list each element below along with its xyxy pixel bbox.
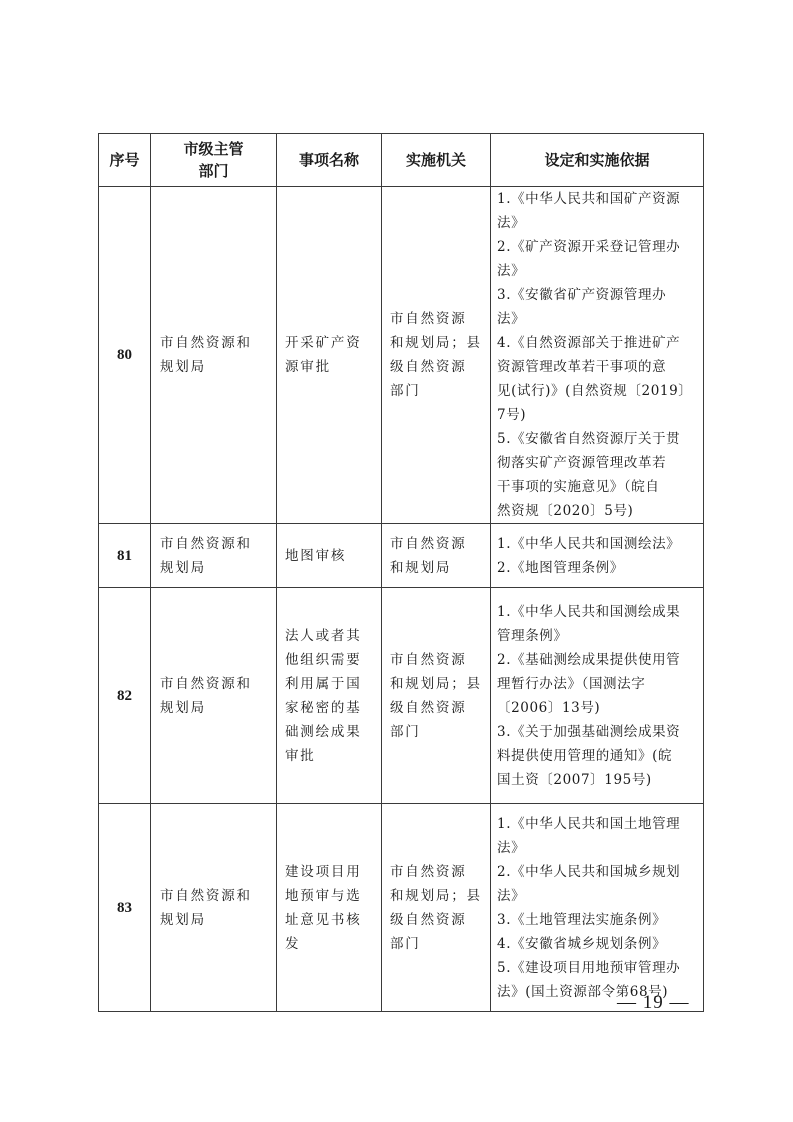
text-line: 市自然资源和: [160, 331, 276, 355]
basis-line: 法》: [497, 307, 699, 331]
table-header-row: 序号 市级主管 部门 事项名称 实施机关 设定和实施依据: [99, 134, 704, 187]
row-department: 市自然资源和 规划局: [151, 804, 277, 1012]
header-department: 市级主管 部门: [151, 134, 277, 187]
text-line: 源审批: [285, 355, 381, 379]
text-line: 市自然资源: [390, 532, 490, 556]
text-line: 部门: [390, 379, 490, 403]
row-item-name: 建设项目用 地预审与选 址意见书核 发: [277, 804, 382, 1012]
row-legal-basis: 1.《中华人民共和国测绘成果 管理条例》 2.《基础测绘成果提供使用管 理暂行办…: [491, 588, 704, 804]
header-serial-number: 序号: [99, 134, 151, 187]
basis-line: 理暂行办法》（国测法字: [497, 672, 699, 696]
row-serial-number: 82: [99, 588, 151, 804]
header-legal-basis: 设定和实施依据: [491, 134, 704, 187]
text-line: 建设项目用: [285, 860, 381, 884]
text-line: 市自然资源: [390, 648, 490, 672]
text-line: 规划局: [160, 696, 276, 720]
row-implementing-agency: 市自然资源 和规划局；县 级自然资源 部门: [382, 588, 491, 804]
text-line: 利用属于国: [285, 672, 381, 696]
header-department-line1: 市级主管: [151, 138, 276, 160]
text-line: 级自然资源: [390, 696, 490, 720]
basis-line: 2.《中华人民共和国城乡规划: [497, 860, 699, 884]
text-line: 部门: [390, 932, 490, 956]
row-item-name: 法人或者其 他组织需要 利用属于国 家秘密的基 础测绘成果 审批: [277, 588, 382, 804]
basis-line: 1.《中华人民共和国测绘法》: [497, 532, 699, 556]
text-line: 规划局: [160, 355, 276, 379]
table-row: 81 市自然资源和 规划局 地图审核 市自然资源 和规划局 1.《中华人民共和国…: [99, 524, 704, 588]
text-line: 础测绘成果: [285, 720, 381, 744]
approval-items-table: 序号 市级主管 部门 事项名称 实施机关 设定和实施依据 80 市自然资源和 规…: [98, 133, 704, 1012]
basis-line: 5.《安徽省自然资源厅关于贯: [497, 427, 699, 451]
basis-line: 1.《中华人民共和国测绘成果: [497, 600, 699, 624]
text-line: 市自然资源和: [160, 672, 276, 696]
basis-line: 〔2006〕13号): [497, 696, 699, 720]
text-line: 他组织需要: [285, 648, 381, 672]
row-serial-number: 83: [99, 804, 151, 1012]
basis-line: 4.《安徽省城乡规划条例》: [497, 932, 699, 956]
basis-line: 法》: [497, 211, 699, 235]
header-item-name: 事项名称: [277, 134, 382, 187]
text-line: 市自然资源: [390, 307, 490, 331]
row-implementing-agency: 市自然资源 和规划局；县 级自然资源 部门: [382, 187, 491, 524]
text-line: 级自然资源: [390, 355, 490, 379]
basis-line: 2.《基础测绘成果提供使用管: [497, 648, 699, 672]
table-row: 82 市自然资源和 规划局 法人或者其 他组织需要 利用属于国 家秘密的基 础测…: [99, 588, 704, 804]
header-department-line2: 部门: [151, 160, 276, 182]
header-implementing-agency: 实施机关: [382, 134, 491, 187]
row-serial-number: 80: [99, 187, 151, 524]
text-line: 发: [285, 932, 381, 956]
basis-line: 4.《自然资源部关于推进矿产: [497, 331, 699, 355]
row-serial-number: 81: [99, 524, 151, 588]
basis-line: 法》: [497, 259, 699, 283]
row-department: 市自然资源和 规划局: [151, 588, 277, 804]
text-line: 和规划局；县: [390, 884, 490, 908]
row-legal-basis: 1.《中华人民共和国土地管理 法》 2.《中华人民共和国城乡规划 法》 3.《土…: [491, 804, 704, 1012]
basis-line: 然资规〔2020〕5号): [497, 499, 699, 523]
basis-line: 7号): [497, 403, 699, 427]
basis-line: 5.《建设项目用地预审管理办: [497, 956, 699, 980]
row-department: 市自然资源和 规划局: [151, 524, 277, 588]
text-line: 规划局: [160, 556, 276, 580]
basis-line: 1.《中华人民共和国矿产资源: [497, 187, 699, 211]
text-line: 市自然资源: [390, 860, 490, 884]
text-line: 级自然资源: [390, 908, 490, 932]
basis-line: 彻落实矿产资源管理改革若: [497, 451, 699, 475]
row-implementing-agency: 市自然资源 和规划局: [382, 524, 491, 588]
basis-line: 3.《关于加强基础测绘成果资: [497, 720, 699, 744]
text-line: 法人或者其: [285, 624, 381, 648]
row-item-name: 开采矿产资 源审批: [277, 187, 382, 524]
text-line: 规划局: [160, 908, 276, 932]
text-line: 家秘密的基: [285, 696, 381, 720]
row-department: 市自然资源和 规划局: [151, 187, 277, 524]
row-legal-basis: 1.《中华人民共和国矿产资源 法》 2.《矿产资源开采登记管理办 法》 3.《安…: [491, 187, 704, 524]
basis-line: 干事项的实施意见》（皖自: [497, 475, 699, 499]
basis-line: 国土资〔2007〕195号): [497, 768, 699, 792]
basis-line: 1.《中华人民共和国土地管理: [497, 812, 699, 836]
basis-line: 见(试行)》(自然资规〔2019〕: [497, 379, 699, 403]
text-line: 地预审与选: [285, 884, 381, 908]
row-item-name: 地图审核: [277, 524, 382, 588]
table-row: 83 市自然资源和 规划局 建设项目用 地预审与选 址意见书核 发 市自然资源 …: [99, 804, 704, 1012]
basis-line: 3.《安徽省矿产资源管理办: [497, 283, 699, 307]
basis-line: 法》: [497, 884, 699, 908]
text-line: 和规划局；县: [390, 331, 490, 355]
basis-line: 2.《地图管理条例》: [497, 556, 699, 580]
table-row: 80 市自然资源和 规划局 开采矿产资 源审批 市自然资源 和规划局；县 级自然…: [99, 187, 704, 524]
text-line: 址意见书核: [285, 908, 381, 932]
text-line: 和规划局；县: [390, 672, 490, 696]
text-line: 审批: [285, 744, 381, 768]
text-line: 市自然资源和: [160, 532, 276, 556]
text-line: 部门: [390, 720, 490, 744]
basis-line: 资源管理改革若干事项的意: [497, 355, 699, 379]
page-number: — 19 —: [617, 992, 690, 1014]
row-implementing-agency: 市自然资源 和规划局；县 级自然资源 部门: [382, 804, 491, 1012]
basis-line: 料提供使用管理的通知》(皖: [497, 744, 699, 768]
text-line: 和规划局: [390, 556, 490, 580]
row-legal-basis: 1.《中华人民共和国测绘法》 2.《地图管理条例》: [491, 524, 704, 588]
text-line: 市自然资源和: [160, 884, 276, 908]
basis-line: 3.《土地管理法实施条例》: [497, 908, 699, 932]
text-line: 地图审核: [285, 544, 381, 568]
text-line: 开采矿产资: [285, 331, 381, 355]
basis-line: 2.《矿产资源开采登记管理办: [497, 235, 699, 259]
basis-line: 管理条例》: [497, 624, 699, 648]
basis-line: 法》: [497, 836, 699, 860]
